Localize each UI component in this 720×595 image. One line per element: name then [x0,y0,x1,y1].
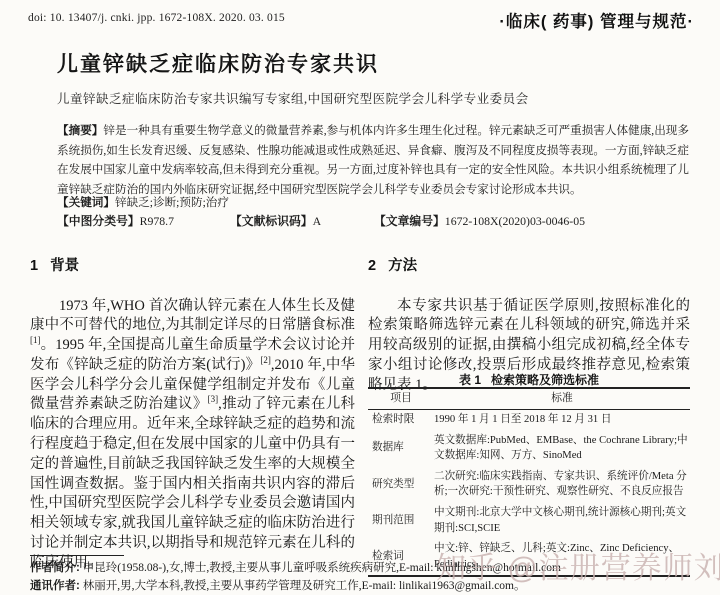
article-id-label: 【文章编号】 [374,214,445,228]
corresponding-author-label: 通讯作者: [30,580,80,592]
section-title: 方法 [388,258,417,274]
keywords-label: 【关键词】 [57,196,115,209]
col-header-item: 项目 [368,388,434,409]
table-row: 检索时限 1990 年 1 月 1 日至 2018 年 12 月 31 日 [368,409,690,430]
table-row: 研究类型 二次研究:临床实践指南、专家共识、系统评价/Meta 分析;一次研究:… [368,466,690,502]
row-item: 研究类型 [368,466,434,502]
row-standard: 英文数据库:PubMed、EMBase、the Cochrane Library… [434,430,690,466]
abstract-block: 【摘要】锌是一种具有重要生物学意义的微量营养素,参与机体内许多生理生化过程。锌元… [57,121,689,199]
citation-ref-3: [3] [208,395,219,405]
section-number: 1 [30,258,38,274]
row-standard: 1990 年 1 月 1 日至 2018 年 12 月 31 日 [434,409,690,430]
row-item: 期刊范围 [368,503,434,539]
row-standard: 二次研究:临床实践指南、专家共识、系统评价/Meta 分析;一次研究:干预性研究… [434,466,690,502]
table1-caption-text: 检索策略及筛选标准 [491,373,599,387]
table-row: 数据库 英文数据库:PubMed、EMBase、the Cochrane Lib… [368,430,690,466]
section-title: 背景 [50,258,79,274]
clc-label: 【中图分类号】 [57,214,140,228]
footnote-divider [30,555,124,556]
paper-title: 儿童锌缺乏症临床防治专家共识 [57,48,379,78]
author-bio-label: 作者简介: [30,562,80,574]
paper-page: doi: 10. 13407/j. cnki. jpp. 1672-108X. … [0,0,720,595]
keywords-line: 【关键词】锌缺乏;诊断;预防;治疗 [57,194,689,210]
background-paragraph: 1973 年,WHO 首次确认锌元素在人体生长及健康中不可替代的地位,为其制定详… [30,297,355,574]
doc-code-value: A [313,214,322,228]
article-id-value: 1672-108X(2020)03-0046-05 [445,214,585,228]
section-heading-background: 1背景 [30,254,79,275]
journal-column-label: ·临床( 药事) 管理与规范· [499,8,694,32]
clc-number: 【中图分类号】R978.7 [57,212,174,229]
table-row: 期刊范围 中文期刊:北京大学中文核心期刊,统计源核心期刊;英文期刊:SCI,SC… [368,503,690,539]
col-header-standard: 标准 [434,388,690,409]
section-heading-methods: 2方法 [368,254,417,275]
meta-line: 【中图分类号】R978.7 【文献标识码】A 【文章编号】1672-108X(2… [57,212,697,228]
citation-ref-1: [1] [30,335,41,345]
row-item: 数据库 [368,430,434,466]
background-text: 1973 年,WHO 首次确认锌元素在人体生长及健康中不可替代的地位,为其制定详… [30,298,355,334]
article-id: 【文章编号】1672-108X(2020)03-0046-05 [374,212,585,229]
keywords-text: 锌缺乏;诊断;预防;治疗 [115,196,229,209]
abstract-label: 【摘要】 [57,124,103,137]
section-number: 2 [368,258,376,274]
table-header-row: 项目 标准 [368,388,690,409]
document-code: 【文献标识码】A [230,212,321,229]
citation-ref-2: [2] [260,355,271,365]
background-text: ,推动了锌元素在儿科临床的合理应用。近年来,全球锌缺乏症的趋势和流行程度趋于稳定… [30,396,355,570]
clc-value: R978.7 [140,214,174,228]
doi-line: doi: 10. 13407/j. cnki. jpp. 1672-108X. … [28,12,285,24]
abstract-text: 锌是一种具有重要生物学意义的微量营养素,参与机体内许多生理生化过程。锌元素缺乏可… [57,124,689,196]
zhihu-watermark: 知乎 @注册营养师刘又姣 [436,543,720,587]
doc-code-label: 【文献标识码】 [230,214,313,228]
table1-caption-prefix: 表 1 [459,373,481,387]
row-item: 检索时限 [368,409,434,430]
row-standard: 中文期刊:北京大学中文核心期刊,统计源核心期刊;英文期刊:SCI,SCIE [434,503,690,539]
table1-caption: 表 1检索策略及筛选标准 [368,371,690,388]
author-line: 儿童锌缺乏症临床防治专家共识编写专家组,中国研究型医院学会儿科学专业委员会 [57,89,529,107]
